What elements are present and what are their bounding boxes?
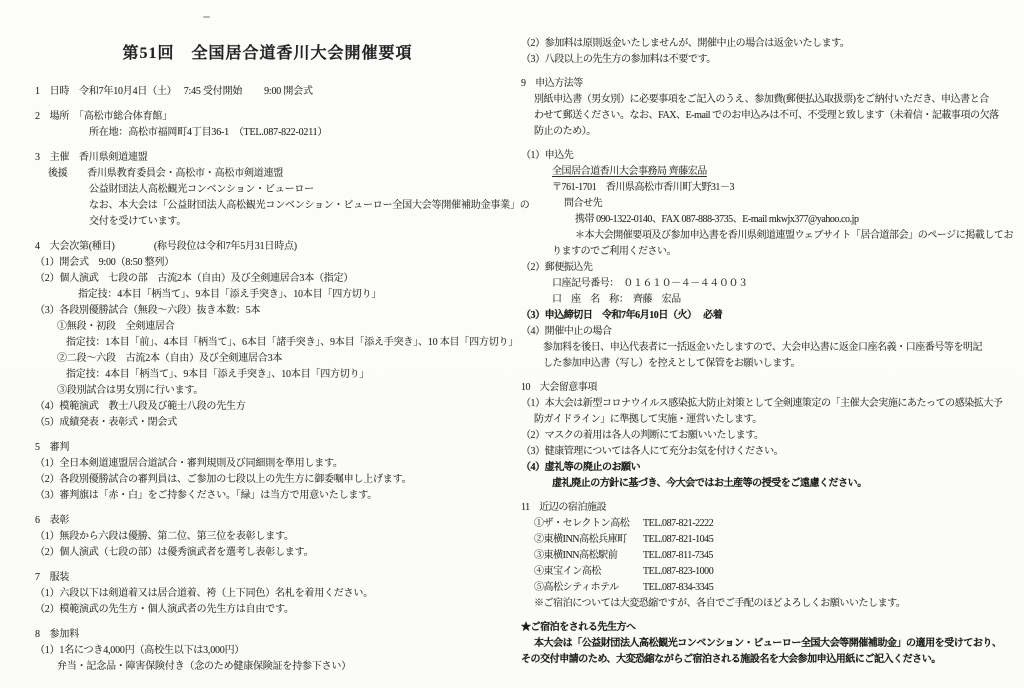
doc-line: （2）各段別優勝試合の審判員は、ご参加の七段以上の先生方に御委嘱申し上げます。 <box>35 472 507 488</box>
doc-line: ②東横INN高松兵庫町TEL.087-821-1045 <box>521 532 1021 548</box>
doc-line-text: （2）各段別優勝試合の審判員は、ご参加の七段以上の先生方に御委嘱申し上げます。 <box>35 474 411 485</box>
doc-line: ④東宝イン高松TEL.087-823-1000 <box>521 564 1021 580</box>
doc-line-text: その交付申請のため、大変恐縮ながらご宿泊される施設名を大会参加申込用紙にご記入く… <box>521 654 941 665</box>
doc-line: 3 主催 香川県剣道連盟 <box>35 150 507 166</box>
doc-line: （1）全日本剣道連盟居合道試合・審判規則及び同細則を準用します。 <box>35 456 507 472</box>
doc-line: （3）各段別優勝試合（無段～六段）抜き本数：5本 <box>35 303 507 319</box>
doc-line-text: 防止のため）。 <box>534 126 596 137</box>
doc-line: （1）六段以下は剣道着又は居合道着、袴（上下同色）名札を着用ください。 <box>35 586 507 602</box>
doc-line: 指定技：1本目「前」、4本目「柄当て」、6本目「諸手突き」、9本目「添え手突き」… <box>35 335 507 351</box>
doc-line: ③段別試合は男女別に行います。 <box>35 383 507 399</box>
doc-line-text: ①無段・初段 全剣連居合 <box>57 321 175 332</box>
doc-line: ③東横INN高松駅前TEL.087-811-7345 <box>521 548 1021 564</box>
doc-line: （4）模範演武 教士八段及び範士八段の先生方 <box>35 399 507 415</box>
hotel-tel: TEL.087-821-1045 <box>643 532 713 548</box>
doc-line-text: （5）成績発表・表彰式・閉会式 <box>35 417 177 428</box>
doc-line-text: 6 表彰 <box>35 515 69 526</box>
doc-line-text: した参加申込書（写し）を控えとして保管をお願いします。 <box>543 358 800 369</box>
hotel-tel: TEL.087-821-2222 <box>643 516 713 532</box>
doc-line-text: ⑤高松シティホテル <box>534 582 619 593</box>
doc-line: 口 座 名 称： 齊藤 宏品 <box>521 292 1021 308</box>
doc-line-text: 交付を受けています。 <box>89 216 186 227</box>
doc-line: （2）マスクの着用は各人の判断にてお願いいたします。 <box>521 428 1021 444</box>
doc-line: 全国居合道香川大会事務局 齊藤宏品 <box>521 164 1021 180</box>
doc-line-text: 4 大会次第(種目) (称号段位は令和7年5月31日時点) <box>35 241 297 252</box>
doc-line-text: 携帯 090-1322-0140、FAX 087-888-3735、E-mail… <box>575 214 859 225</box>
doc-line-text: 指定技：4本目「柄当て」、9本目「添え手突き」、10本目「四方切り」 <box>66 369 369 380</box>
doc-line-text: 問合せ先 <box>564 198 602 209</box>
doc-line-text: 別紙申込書（男女別）に必要事項をご記入のうえ、参加費(郵便払込取扱票)をご納付い… <box>534 94 989 105</box>
doc-line-text: 11 近辺の宿泊施設 <box>521 502 606 513</box>
doc-line: （2）参加料は原則返金いたしませんが、開催中止の場合は返金いたします。 <box>521 36 1021 52</box>
doc-line-text: （2）マスクの着用は各人の判断にてお願いいたします。 <box>521 430 764 441</box>
doc-line: 10 大会留意事項 <box>521 380 1021 396</box>
doc-line-text: （3）八段以上の先生方の参加料は不要です。 <box>521 54 716 65</box>
doc-line-text: 虚礼廃止の方針に基づき、今大会ではお土産等の授受をご遠慮ください。 <box>552 478 867 489</box>
doc-line: （1）開会式 9:00（8:50 整列） <box>35 255 507 271</box>
doc-line-text: （3）各段別優勝試合（無段～六段）抜き本数：5本 <box>35 305 260 316</box>
hotel-tel: TEL.087-811-7345 <box>643 548 713 564</box>
doc-line-text: （2）個人演武（七段の部）は優秀演武者を選考し表彰します。 <box>35 547 313 558</box>
doc-line: （3）健康管理については各人にて充分お気を付けください。 <box>521 444 1021 460</box>
doc-line: ★ご宿泊をされる先生方へ <box>521 620 1021 636</box>
doc-line: ※ご宿泊については大変恐縮ですが、各自でご手配のほどよろしくお願いいたします。 <box>521 596 1021 612</box>
doc-line-text: 防ガイドライン」に準拠して実施・運営いたします。 <box>534 414 762 425</box>
doc-line: 交付を受けています。 <box>35 214 507 230</box>
doc-line-text: （3）申込締切日 令和7年6月10日（火） 必着 <box>521 310 722 321</box>
doc-line-text: なお、本大会は「公益財団法人高松観光コンベンション・ビューロー全国大会等開催補助… <box>89 200 530 211</box>
doc-line-text: （1）無段から六段は優勝、第二位、第三位を表彰します。 <box>35 531 294 542</box>
left-column: 1 日時 令和7年10月4日（土） 7:45 受付開始 9:00 開会式2 場所… <box>35 84 507 675</box>
doc-line-text: （2）個人演武 七段の部 古流2本（自由）及び全剣連居合3本（指定） <box>35 273 353 284</box>
doc-line: 1 日時 令和7年10月4日（土） 7:45 受付開始 9:00 開会式 <box>35 84 507 100</box>
doc-line: 4 大会次第(種目) (称号段位は令和7年5月31日時点) <box>35 239 507 255</box>
doc-line-text: （1）開会式 9:00（8:50 整列） <box>35 257 174 268</box>
doc-line: （2）個人演武 七段の部 古流2本（自由）及び全剣連居合3本（指定） <box>35 271 507 287</box>
doc-line-text: 本大会は「公益財団法人高松観光コンベンション・ビューロー全国大会等開催補助金」の… <box>534 638 1002 649</box>
doc-line: （3）八段以上の先生方の参加料は不要です。 <box>521 52 1021 68</box>
doc-line-text: 7 服装 <box>35 572 69 583</box>
doc-line: 7 服装 <box>35 570 507 586</box>
doc-line: （1）1名につき4,000円（高校生以下は3,000円） <box>35 643 507 659</box>
doc-line: 5 審判 <box>35 440 507 456</box>
doc-line: （1）本大会は新型コロナウイルス感染拡大防止対策として全剣連策定の「主催大会実施… <box>521 396 1021 412</box>
document-title: 第51回 全国居合道香川大会開催要項 <box>35 40 500 63</box>
doc-line-text: 10 大会留意事項 <box>521 382 597 393</box>
doc-line-text: （4）開催中止の場合 <box>521 326 612 337</box>
doc-line-text: りますのでご利用ください。 <box>552 246 676 257</box>
doc-line: （2）郵便振込先 <box>521 260 1021 276</box>
doc-line: 所在地：高松市福岡町4丁目36-1 （TEL.087-822-0211） <box>35 125 507 141</box>
doc-line: 〒761-1701 香川県高松市香川町大野31－3 <box>521 180 1021 196</box>
doc-line: （3）審判旗は「赤・白」をご持参ください。「緑」は当方で用意いたします。 <box>35 488 507 504</box>
doc-line-text: 参加料を後日、申込代表者に一括返金いたしますので、大会申込書に返金口座名義・口座… <box>543 342 982 353</box>
doc-line-text: （1）本大会は新型コロナウイルス感染拡大防止対策として全剣連策定の「主催大会実施… <box>521 398 1002 409</box>
doc-line-text: （1）1名につき4,000円（高校生以下は3,000円） <box>35 645 244 656</box>
doc-line-text: ※ご宿泊については大変恐縮ですが、各自でご手配のほどよろしくお願いいたします。 <box>534 598 905 609</box>
doc-line: 指定技：4本目「柄当て」、9本目「添え手突き」、10本目「四方切り」 <box>35 367 507 383</box>
doc-line-text: （1）六段以下は剣道着又は居合道着、袴（上下同色）名札を着用ください。 <box>35 588 373 599</box>
doc-line: 別紙申込書（男女別）に必要事項をご記入のうえ、参加費(郵便払込取扱票)をご納付い… <box>521 92 1021 108</box>
doc-line-text: （2）参加料は原則返金いたしませんが、開催中止の場合は返金いたします。 <box>521 38 849 49</box>
doc-line: （4）開催中止の場合 <box>521 324 1021 340</box>
doc-line: 後援 香川県教育委員会・高松市・高松市剣道連盟 <box>35 166 507 182</box>
hotel-tel: TEL.087-834-3345 <box>643 580 713 596</box>
right-column: （2）参加料は原則返金いたしませんが、開催中止の場合は返金いたします。（3）八段… <box>521 36 1021 668</box>
doc-line: した参加申込書（写し）を控えとして保管をお願いします。 <box>521 356 1021 372</box>
doc-line-text: ③段別試合は男女別に行います。 <box>57 385 203 396</box>
doc-line-text: ＊本大会開催要項及び参加申込書を香川県剣道連盟ウェブサイト「居合道部会」のページ… <box>575 230 1013 241</box>
doc-line: 8 参加料 <box>35 627 507 643</box>
doc-line-text: 弁当・記念品・障害保険付き（念のため健康保険証を持参下さい） <box>57 661 351 672</box>
doc-line: 弁当・記念品・障害保険付き（念のため健康保険証を持参下さい） <box>35 659 507 675</box>
doc-line-text: 口座記号番号： ０１６１０－４－４４００３ <box>552 278 748 289</box>
doc-line: なお、本大会は「公益財団法人高松観光コンベンション・ビューロー全国大会等開催補助… <box>35 198 507 214</box>
doc-line-text: （2）郵便振込先 <box>521 262 592 273</box>
doc-line-text: 5 審判 <box>35 442 69 453</box>
doc-line: 2 場所 「高松市総合体育館」 <box>35 109 507 125</box>
doc-line-text: 指定技：4本目「柄当て」、9本目「添え手突き」、10本目「四方切り」 <box>78 289 381 300</box>
doc-line: 9 申込方法等 <box>521 76 1021 92</box>
doc-line: ＊本大会開催要項及び参加申込書を香川県剣道連盟ウェブサイト「居合道部会」のページ… <box>521 228 1021 244</box>
doc-line-text: 1 日時 令和7年10月4日（土） 7:45 受付開始 9:00 開会式 <box>35 86 313 97</box>
doc-line: 本大会は「公益財団法人高松観光コンベンション・ビューロー全国大会等開催補助金」の… <box>521 636 1021 652</box>
doc-line-text: 指定技：1本目「前」、4本目「柄当て」、6本目「諸手突き」、9本目「添え手突き」… <box>66 337 518 348</box>
doc-line: ②二段～六段 古流2本（自由）及び全剣連居合3本 <box>35 351 507 367</box>
doc-line: 参加料を後日、申込代表者に一括返金いたしますので、大会申込書に返金口座名義・口座… <box>521 340 1021 356</box>
doc-line: ①無段・初段 全剣連居合 <box>35 319 507 335</box>
doc-line: 6 表彰 <box>35 513 507 529</box>
doc-line-text: ②二段～六段 古流2本（自由）及び全剣連居合3本 <box>57 353 282 364</box>
doc-line: （1）申込先 <box>521 148 1021 164</box>
doc-line-text: （4）虚礼等の廃止のお願い <box>521 462 640 473</box>
doc-line-text: （1）申込先 <box>521 150 573 161</box>
doc-line: 携帯 090-1322-0140、FAX 087-888-3735、E-mail… <box>521 212 1021 228</box>
doc-line-text: 所在地：高松市福岡町4丁目36-1 （TEL.087-822-0211） <box>89 127 327 138</box>
doc-line-text: （4）模範演武 教士八段及び範士八段の先生方 <box>35 401 246 412</box>
doc-line: （4）虚礼等の廃止のお願い <box>521 460 1021 476</box>
doc-line-text: 公益財団法人高松観光コンベンション・ビューロー <box>89 184 314 195</box>
doc-line-text: 2 場所 「高松市総合体育館」 <box>35 111 172 122</box>
doc-line-text: （2）模範演武の先生方・個人演武者の先生方は自由です。 <box>35 604 294 615</box>
doc-line-text: ②東横INN高松兵庫町 <box>534 534 627 545</box>
doc-line-text: 〒761-1701 香川県高松市香川町大野31－3 <box>552 182 734 193</box>
doc-line: ①ザ・セレクトン高松TEL.087-821-2222 <box>521 516 1021 532</box>
doc-line: 指定技：4本目「柄当て」、9本目「添え手突き」、10本目「四方切り」 <box>35 287 507 303</box>
doc-line-text: ③東横INN高松駅前 <box>534 550 617 561</box>
doc-line: りますのでご利用ください。 <box>521 244 1021 260</box>
doc-line-text: 3 主催 香川県剣道連盟 <box>35 152 148 163</box>
doc-line: ⑤高松シティホテルTEL.087-834-3345 <box>521 580 1021 596</box>
doc-line: 防ガイドライン」に準拠して実施・運営いたします。 <box>521 412 1021 428</box>
doc-line-text: （3）健康管理については各人にて充分お気を付けください。 <box>521 446 783 457</box>
doc-line: 11 近辺の宿泊施設 <box>521 500 1021 516</box>
doc-line: 問合せ先 <box>521 196 1021 212</box>
doc-line: （2）模範演武の先生方・個人演武者の先生方は自由です。 <box>35 602 507 618</box>
doc-line-text: （3）審判旗は「赤・白」をご持参ください。「緑」は当方で用意いたします。 <box>35 490 377 501</box>
doc-line-text: 後援 香川県教育委員会・高松市・高松市剣道連盟 <box>48 168 283 179</box>
doc-line-text: 9 申込方法等 <box>521 78 583 89</box>
doc-line: （2）個人演武（七段の部）は優秀演武者を選考し表彰します。 <box>35 545 507 561</box>
doc-line-text: 8 参加料 <box>35 629 79 640</box>
doc-line: わせて郵送ください。なお、FAX、E-mail でのお申込みは不可、不受理と致し… <box>521 108 1021 124</box>
scanned-document-page: 第51回 全国居合道香川大会開催要項 1 日時 令和7年10月4日（土） 7:4… <box>0 0 1024 688</box>
doc-line: （3）申込締切日 令和7年6月10日（火） 必着 <box>521 308 1021 324</box>
doc-line-text: 全国居合道香川大会事務局 齊藤宏品 <box>552 166 707 177</box>
doc-line: 虚礼廃止の方針に基づき、今大会ではお土産等の授受をご遠慮ください。 <box>521 476 1021 492</box>
scan-artifact <box>203 16 210 18</box>
hotel-tel: TEL.087-823-1000 <box>643 564 713 580</box>
doc-line-text: わせて郵送ください。なお、FAX、E-mail でのお申込みは不可、不受理と致し… <box>534 110 999 121</box>
doc-line: （5）成績発表・表彰式・閉会式 <box>35 415 507 431</box>
doc-line: その交付申請のため、大変恐縮ながらご宿泊される施設名を大会参加申込用紙にご記入く… <box>521 652 1021 668</box>
doc-line: 口座記号番号： ０１６１０－４－４４００３ <box>521 276 1021 292</box>
doc-line: （1）無段から六段は優勝、第二位、第三位を表彰します。 <box>35 529 507 545</box>
doc-line: 防止のため）。 <box>521 124 1021 140</box>
doc-line-text: ★ご宿泊をされる先生方へ <box>521 622 636 633</box>
doc-line-text: ④東宝イン高松 <box>534 566 601 577</box>
doc-line-text: ①ザ・セレクトン高松 <box>534 518 629 529</box>
doc-line-text: 口 座 名 称： 齊藤 宏品 <box>552 294 681 305</box>
doc-line: 公益財団法人高松観光コンベンション・ビューロー <box>35 182 507 198</box>
doc-line-text: （1）全日本剣道連盟居合道試合・審判規則及び同細則を準用します。 <box>35 458 343 469</box>
